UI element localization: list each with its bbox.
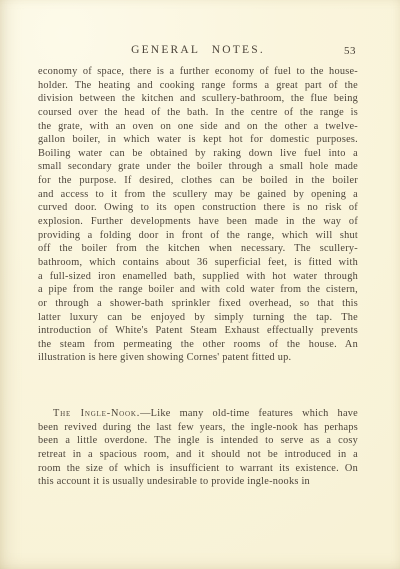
text-line: off the boiler from the kitchen when nec… xyxy=(38,242,358,256)
text-line: a full-sized iron enamelled bath, suppli… xyxy=(38,270,358,284)
text-line: division between the kitchen and sculler… xyxy=(38,92,358,106)
text-block: economy of space, there is a further eco… xyxy=(38,65,358,489)
text-line: this account it is usually undesirable t… xyxy=(38,475,358,489)
paragraph: The Ingle-Nook.—Like many old-time featu… xyxy=(38,407,358,489)
text-line: The Ingle-Nook.—Like many old-time featu… xyxy=(38,407,358,421)
paragraph: economy of space, there is a further eco… xyxy=(38,65,358,365)
text-line: Boiling water can be obtained by raking … xyxy=(38,147,358,161)
text-line: a pipe from the range boiler and with co… xyxy=(38,283,358,297)
smallcaps-lead: The Ingle-Nook. xyxy=(53,408,140,419)
text-line: explosion. Further developments have bee… xyxy=(38,215,358,229)
running-header: GENERAL NOTES. 53 xyxy=(38,44,358,59)
page-title: GENERAL NOTES. xyxy=(38,44,358,56)
text-line: the steam from permeating the other room… xyxy=(38,338,358,352)
text-line: introduction of White's Patent Steam Exh… xyxy=(38,324,358,338)
text-line: been a little overdone. The ingle is int… xyxy=(38,434,358,448)
text-line: small secondary grate under the boiler t… xyxy=(38,160,358,174)
text-line: been revived during the last few years, … xyxy=(38,421,358,435)
text-line: illustration is here given showing Corne… xyxy=(38,351,358,365)
text-line: providing a folding door in front of the… xyxy=(38,229,358,243)
text-line: curved door. Owing to its open construct… xyxy=(38,201,358,215)
text-line: retreat in a spacious room, and it shoul… xyxy=(38,448,358,462)
text-line: room the size of which is insufficient t… xyxy=(38,462,358,476)
text-line: gallon boiler, in which water is kept ho… xyxy=(38,133,358,147)
text-line: coursed over the head of the bath. In th… xyxy=(38,106,358,120)
text-line: holder. The heating and cooking range fo… xyxy=(38,79,358,93)
page-number: 53 xyxy=(344,45,356,57)
text-line: for the purpose. If desired, clothes can… xyxy=(38,174,358,188)
text-line: and access to it from the scullery may b… xyxy=(38,188,358,202)
text-line: bathroom, which contains about 36 superf… xyxy=(38,256,358,270)
text-line: economy of space, there is a further eco… xyxy=(38,65,358,79)
text-line: the grate, with an oven on one side and … xyxy=(38,120,358,134)
text-line: or through a shower-bath sprinkler fixed… xyxy=(38,297,358,311)
book-page: GENERAL NOTES. 53 economy of space, ther… xyxy=(0,0,400,569)
text-line: latter luxury can be enjoyed by simply t… xyxy=(38,311,358,325)
